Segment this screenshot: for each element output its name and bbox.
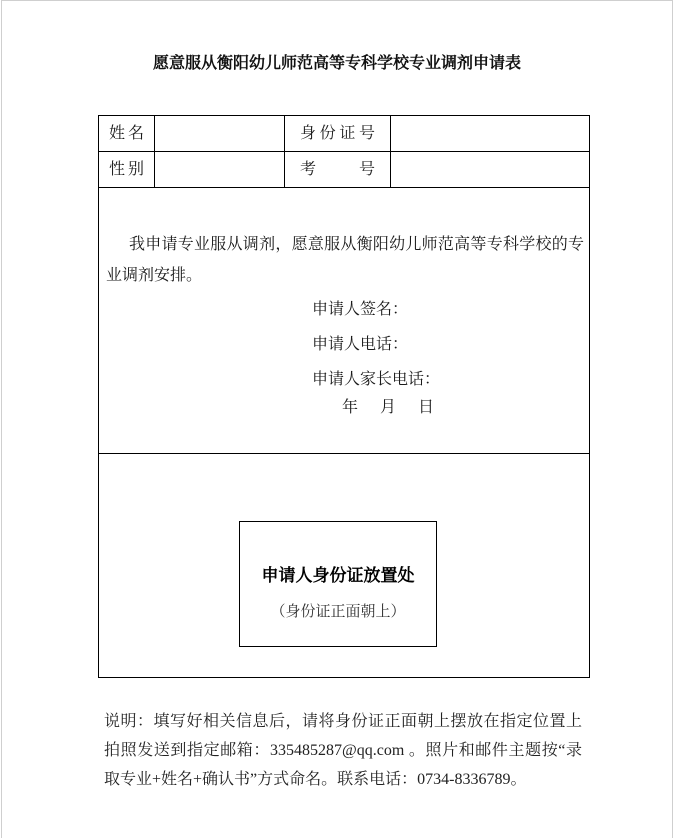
- signature-label: 申请人签名：: [312, 292, 440, 327]
- gender-label-cell: 性别: [99, 152, 155, 188]
- idcard-placement-box: 申请人身份证放置处 （身份证正面朝上）: [239, 521, 437, 647]
- page-title: 愿意服从衡阳幼儿师范高等专科学校专业调剂申请表: [2, 52, 672, 76]
- id-number-value-cell[interactable]: [391, 116, 589, 152]
- info-table: 姓名 身份证号 性别 考号 我申请专业服从调剂，愿意服从衡阳幼儿师范高等专科学校…: [98, 115, 590, 678]
- idcard-section: 申请人身份证放置处 （身份证正面朝上）: [99, 454, 589, 677]
- date-line: 年月日: [342, 398, 434, 418]
- id-number-label-cell: 身份证号: [285, 116, 391, 152]
- month-label: 月: [380, 398, 396, 418]
- name-value-cell[interactable]: [155, 116, 285, 152]
- statement-text: 我申请专业服从调剂，愿意服从衡阳幼儿师范高等专科学校的专业调剂安排。: [106, 229, 584, 291]
- idcard-placement-title: 申请人身份证放置处: [240, 566, 436, 586]
- idcard-placement-note: （身份证正面朝上）: [240, 602, 436, 622]
- year-label: 年: [342, 398, 358, 418]
- instructions-note: 说明：填写好相关信息后，请将身份证正面朝上摆放在指定位置上拍照发送到指定邮箱：3…: [104, 707, 582, 794]
- exam-number-label-cell: 考号: [285, 152, 391, 188]
- document-page: 愿意服从衡阳幼儿师范高等专科学校专业调剂申请表 姓名 身份证号 性别 考号 我申…: [1, 0, 673, 838]
- name-label-cell: 姓名: [99, 116, 155, 152]
- phone-label: 申请人电话：: [312, 327, 440, 362]
- day-label: 日: [418, 399, 434, 416]
- exam-number-value-cell[interactable]: [391, 152, 589, 188]
- parent-phone-label: 申请人家长电话：: [312, 362, 440, 397]
- signature-block: 申请人签名： 申请人电话： 申请人家长电话：: [312, 292, 440, 397]
- statement-section: 我申请专业服从调剂，愿意服从衡阳幼儿师范高等专科学校的专业调剂安排。 申请人签名…: [99, 188, 589, 454]
- gender-value-cell[interactable]: [155, 152, 285, 188]
